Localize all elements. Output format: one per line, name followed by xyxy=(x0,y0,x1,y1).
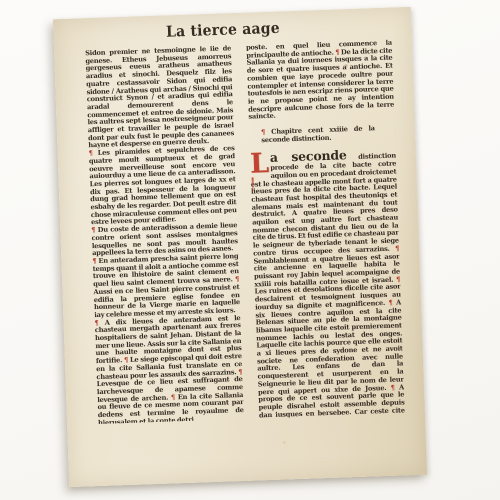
text-paragraph: ¶ Les piramides et sepulchres de ces qua… xyxy=(89,145,238,227)
paper-speckle xyxy=(161,396,163,398)
left-text-column: Sidon premier ne tesmoingne le iie de ge… xyxy=(85,45,244,424)
photo-background: La tierce aage Sidon premier ne tesmoing… xyxy=(0,0,500,500)
text-block: Sidon premier ne tesmoingne le iie de ge… xyxy=(85,40,405,424)
paper-speckle xyxy=(345,64,348,67)
text-paragraph: ¶ A dix lieues de anteradam est le chast… xyxy=(94,315,244,424)
text-paragraph: poste. en quel lieu commence la principa… xyxy=(246,40,395,122)
right-text-column: poste. en quel lieu commence la principa… xyxy=(246,40,405,419)
manuscript-leaf: La tierce aage Sidon premier ne tesmoing… xyxy=(53,7,427,487)
paper-speckle xyxy=(283,442,286,444)
page-title: La tierce aage xyxy=(84,17,361,44)
chapter-heading: ¶ Chapitre cent xxiiie de la seconde dis… xyxy=(261,125,375,144)
text-paragraph: ¶ En anteradam prescha saint pierre long… xyxy=(92,253,240,320)
illuminated-initial: L xyxy=(250,153,268,176)
text-paragraph: Sidon premier ne tesmoingne le iie de ge… xyxy=(85,45,234,150)
second-distinction-opening: L a seconde distinction procede de la ci… xyxy=(250,148,405,418)
text-paragraph: distinction procede de la cite bacte cot… xyxy=(251,152,405,418)
